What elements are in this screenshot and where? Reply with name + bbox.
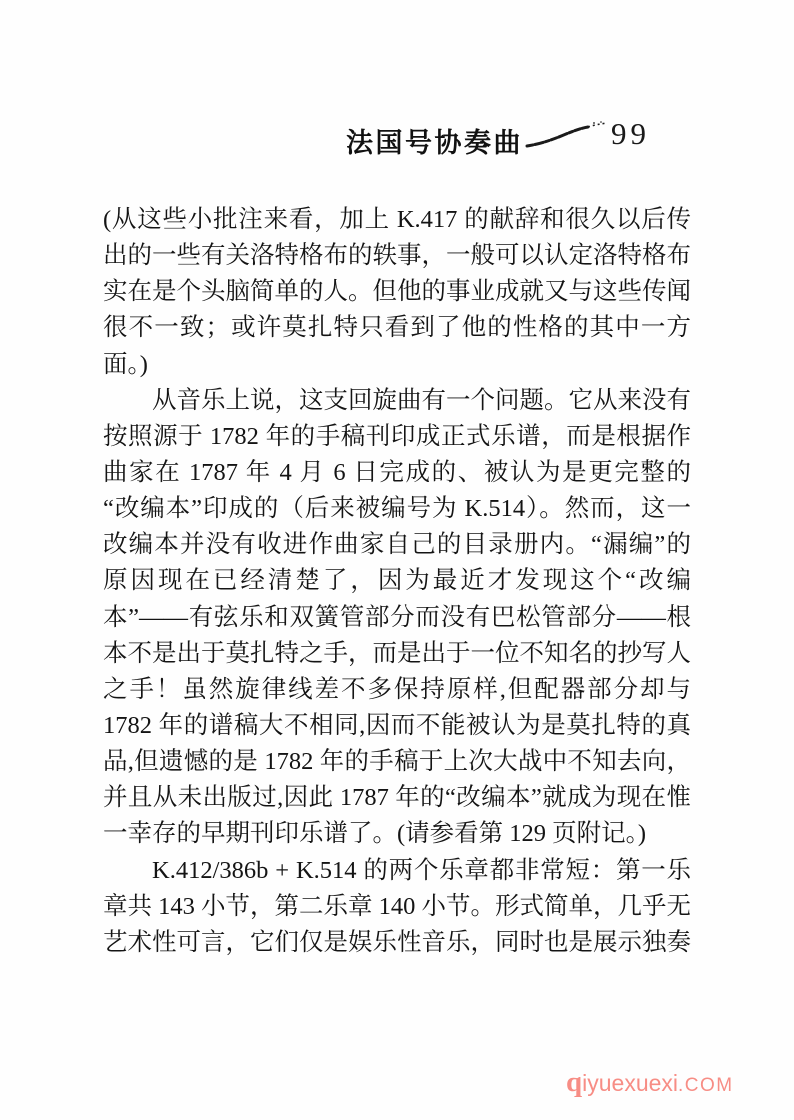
watermark-initial: q xyxy=(566,1066,582,1098)
paragraph: K.412/386b + K.514 的两个乐章都非常短：第一乐 章共 143 … xyxy=(103,853,691,961)
text-line: 1782 年的谱稿大不相同,因而不能被认为是莫扎特的真 xyxy=(103,708,691,744)
text-line: 一幸存的早期刊印乐谱了。(请参看第 129 页附记。) xyxy=(103,816,691,852)
text-line: 原因现在已经清楚了，因为最近才发现这个“改编 xyxy=(103,563,691,599)
text-line: (从这些小批注来看，加上 K.417 的献辞和很久以后传 xyxy=(103,202,691,238)
text-line: 品,但遗憾的是 1782 年的手稿于上次大战中不知去向， xyxy=(103,744,691,780)
text-line: 出的一些有关洛特格布的轶事，一般可以认定洛特格布 xyxy=(103,238,691,274)
paragraph: 从音乐上说，这支回旋曲有一个问题。它从来没有 按照源于 1782 年的手稿刊印成… xyxy=(103,383,691,853)
page-body-text: (从这些小批注来看，加上 K.417 的献辞和很久以后传 出的一些有关洛特格布的… xyxy=(103,202,691,961)
text-line: 按照源于 1782 年的手稿刊印成正式乐谱，而是根据作 xyxy=(103,419,691,455)
watermark-name: iyuexuexi xyxy=(582,1070,678,1096)
text-line: 面。) xyxy=(103,347,691,383)
watermark-tld: .COM xyxy=(678,1075,734,1096)
text-line: K.412/386b + K.514 的两个乐章都非常短：第一乐 xyxy=(103,853,691,889)
text-line: 本”——有弦乐和双簧管部分而没有巴松管部分——根 xyxy=(103,600,691,636)
text-line: 曲家在 1787 年 4 月 6 日完成的、被认为是更完整的 xyxy=(103,455,691,491)
text-line: 改编本并没有收进作曲家自己的目录册内。“漏编”的 xyxy=(103,527,691,563)
text-line: 并且从未出版过,因此 1787 年的“改编本”就成为现在惟 xyxy=(103,780,691,816)
running-head-title: 法国号协奏曲 xyxy=(346,121,523,160)
scanned-page: 法国号协奏曲 99 (从这些小批注来看，加上 K.417 的献辞和很久以后传 出… xyxy=(0,0,794,1120)
paragraph: (从这些小批注来看，加上 K.417 的献辞和很久以后传 出的一些有关洛特格布的… xyxy=(103,202,691,383)
text-line: 从音乐上说，这支回旋曲有一个问题。它从来没有 xyxy=(103,383,691,419)
text-line: 艺术性可言，它们仅是娱乐性音乐，同时也是展示独奏 xyxy=(103,925,691,961)
site-watermark: qiyuexuexi.COM xyxy=(566,1070,734,1097)
text-line: 很不一致；或许莫扎特只看到了他的性格的其中一方 xyxy=(103,310,691,346)
running-head: 法国号协奏曲 99 xyxy=(0,0,794,160)
text-line: “改编本”印成的（后来被编号为 K.514）。然而，这一 xyxy=(103,491,691,527)
pen-flourish-icon xyxy=(524,120,610,150)
text-line: 实在是个头脑简单的人。但他的事业成就又与这些传闻 xyxy=(103,274,691,310)
text-line: 本不是出于莫扎特之手，而是出于一位不知名的抄写人 xyxy=(103,636,691,672)
page-number: 99 xyxy=(611,116,650,152)
text-line: 之手！虽然旋律线差不多保持原样,但配器部分却与 xyxy=(103,672,691,708)
text-line: 章共 143 小节，第二乐章 140 小节。形式简单，几乎无 xyxy=(103,889,691,925)
